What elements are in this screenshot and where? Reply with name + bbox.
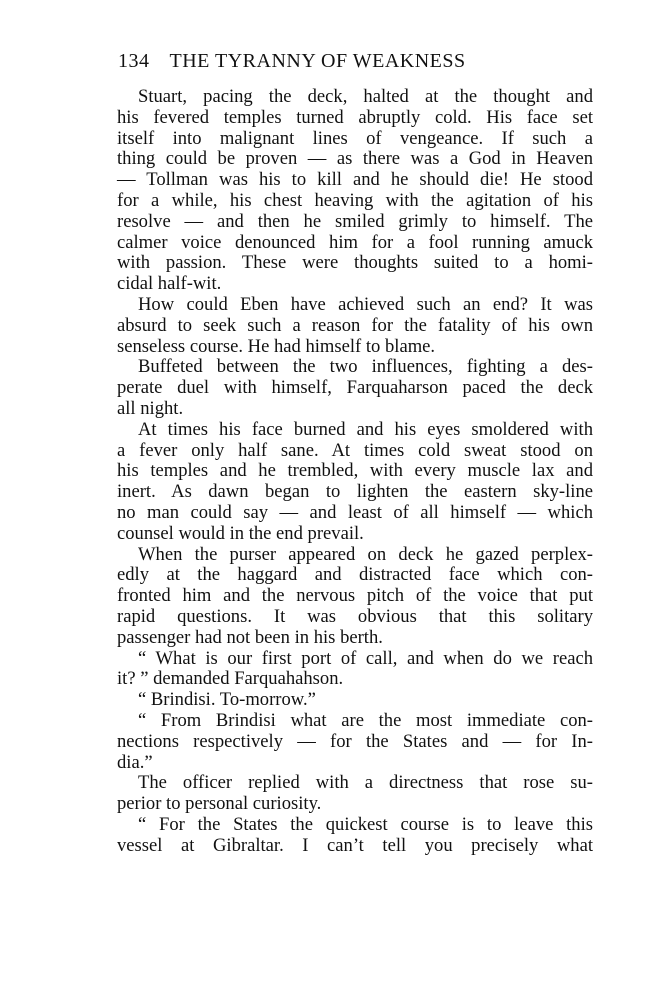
text-line: nections respectively — for the States a… xyxy=(117,732,593,753)
text-line: his fevered temples turned abruptly cold… xyxy=(117,108,593,129)
text-line: vessel at Gibraltar. I can’t tell you pr… xyxy=(117,836,593,857)
text-line: passenger had not been in his berth. xyxy=(117,628,593,649)
body-text: Stuart, pacing the deck, halted at the t… xyxy=(117,87,593,856)
text-line: rapid questions. It was obvious that thi… xyxy=(117,607,593,628)
text-line: it? ” demanded Farquahahson. xyxy=(117,669,593,690)
running-title: THE TYRANNY OF WEAKNESS xyxy=(170,50,466,73)
text-line: How could Eben have achieved such an end… xyxy=(117,295,593,316)
text-line: dia.” xyxy=(117,753,593,774)
text-line: with passion. These were thoughts suited… xyxy=(117,253,593,274)
text-line: edly at the haggard and distracted face … xyxy=(117,565,593,586)
text-line: no man could say — and least of all hims… xyxy=(117,503,593,524)
text-line: Buffeted between the two influences, fig… xyxy=(117,357,593,378)
text-line: “ For the States the quickest course is … xyxy=(117,815,593,836)
text-line: — Tollman was his to kill and he should … xyxy=(117,170,593,191)
page-number: 134 xyxy=(118,50,164,73)
running-header: 134 THE TYRANNY OF WEAKNESS xyxy=(118,50,598,74)
text-line: calmer voice denounced him for a fool ru… xyxy=(117,233,593,254)
text-line: itself into malignant lines of vengeance… xyxy=(117,129,593,150)
text-line: “ Brindisi. To-morrow.” xyxy=(117,690,593,711)
text-line: At times his face burned and his eyes sm… xyxy=(117,420,593,441)
text-line: all night. xyxy=(117,399,593,420)
text-line: “ What is our first port of call, and wh… xyxy=(117,649,593,670)
text-line: fronted him and the nervous pitch of the… xyxy=(117,586,593,607)
text-line: inert. As dawn began to lighten the east… xyxy=(117,482,593,503)
text-line: senseless course. He had himself to blam… xyxy=(117,337,593,358)
text-line: a fever only half sane. At times cold sw… xyxy=(117,441,593,462)
text-line: resolve — and then he smiled grimly to h… xyxy=(117,212,593,233)
text-line: for a while, his chest heaving with the … xyxy=(117,191,593,212)
text-line: cidal half-wit. xyxy=(117,274,593,295)
book-page: 134 THE TYRANNY OF WEAKNESS Stuart, paci… xyxy=(0,0,664,1000)
text-line: perior to personal curiosity. xyxy=(117,794,593,815)
text-line: The officer replied with a directness th… xyxy=(117,773,593,794)
text-line: Stuart, pacing the deck, halted at the t… xyxy=(117,87,593,108)
text-line: When the purser appeared on deck he gaze… xyxy=(117,545,593,566)
text-line: “ From Brindisi what are the most immedi… xyxy=(117,711,593,732)
text-line: thing could be proven — as there was a G… xyxy=(117,149,593,170)
text-line: perate duel with himself, Farquaharson p… xyxy=(117,378,593,399)
text-line: absurd to seek such a reason for the fat… xyxy=(117,316,593,337)
text-line: his temples and he trembled, with every … xyxy=(117,461,593,482)
text-line: counsel would in the end prevail. xyxy=(117,524,593,545)
